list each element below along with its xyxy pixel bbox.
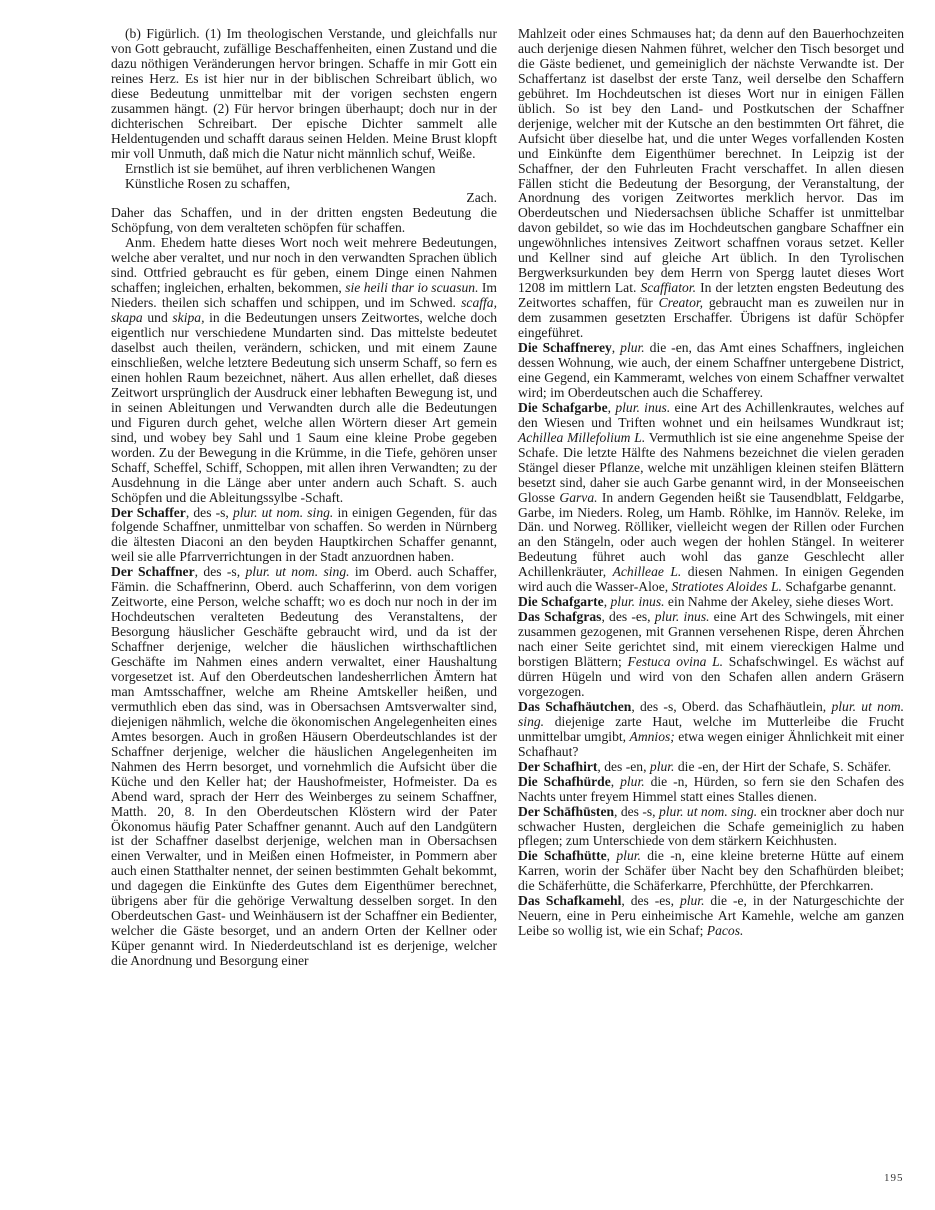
entry-die-schafgarbe: Die Schafgarbe, plur. inus. eine Art des… bbox=[518, 401, 904, 595]
italic-quote: sie heili thar io scuasun. bbox=[345, 280, 478, 295]
entry-der-schafhirt: Der Schafhirt, des -en, plur. die -en, d… bbox=[518, 760, 904, 775]
headword: Das Schafhäutchen bbox=[518, 699, 631, 714]
headword: Das Schafgras bbox=[518, 609, 601, 624]
grammar-note: plur. inus. bbox=[611, 594, 665, 609]
italic-swedish-form: skipa, bbox=[172, 310, 204, 325]
entry-der-schaffner: Der Schaffner, des -s, plur. ut nom. sin… bbox=[111, 565, 497, 969]
grammar-note: plur. bbox=[650, 759, 675, 774]
right-column: Mahlzeit oder eines Schmauses hat; da de… bbox=[518, 27, 904, 939]
left-column: (b) Figürlich. (1) Im theologischen Vers… bbox=[111, 27, 497, 969]
grammar-note: plur. inus. bbox=[615, 400, 670, 415]
grammar-note: plur. bbox=[620, 774, 645, 789]
entry-die-schafhuerde: Die Schafhürde, plur. die -n, Hürden, so… bbox=[518, 775, 904, 805]
grammar-note: plur. bbox=[680, 893, 705, 908]
grammar-note: plur. ut nom. sing. bbox=[659, 804, 757, 819]
entry-die-schafgarte: Die Schafgarte, plur. inus. ein Nahme de… bbox=[518, 595, 904, 610]
headword: Der Schafhirt bbox=[518, 759, 597, 774]
grammar-note: plur. bbox=[620, 340, 645, 355]
entry-der-schaffer: Der Schaffer, des -s, plur. ut nom. sing… bbox=[111, 506, 497, 566]
verse-line-1: Ernstlich ist sie bemühet, auf ihren ver… bbox=[111, 162, 497, 177]
headword: Die Schafhütte bbox=[518, 848, 607, 863]
headword: Der Schaffner bbox=[111, 564, 195, 579]
paragraph-derived-meaning: Daher das Schaffen, und in der dritten e… bbox=[111, 206, 497, 236]
headword: Das Schafkamehl bbox=[518, 893, 621, 908]
paragraph-figurative-sense: (b) Figürlich. (1) Im theologischen Vers… bbox=[111, 27, 497, 162]
entry-das-schafkamehl: Das Schafkamehl, des -es, plur. die -e, … bbox=[518, 894, 904, 939]
verse-line-2: Künstliche Rosen zu schaffen, bbox=[111, 177, 497, 192]
entry-die-schafhuette: Die Schafhütte, plur. die -n, eine klein… bbox=[518, 849, 904, 894]
grammar-note: plur. ut nom. sing. bbox=[245, 564, 349, 579]
verse-attribution: Zach. bbox=[111, 191, 497, 206]
grammar-note: plur. inus. bbox=[655, 609, 710, 624]
headword: Die Schafhürde bbox=[518, 774, 611, 789]
entry-das-schafgras: Das Schafgras, des -es, plur. inus. eine… bbox=[518, 610, 904, 700]
entry-die-schaffnerey: Die Schaffnerey, plur. die -en, das Amt … bbox=[518, 341, 904, 401]
page-number: 195 bbox=[884, 1172, 904, 1184]
headword: Die Schafgarbe bbox=[518, 400, 608, 415]
paragraph-annotation: Anm. Ehedem hatte dieses Wort noch weit … bbox=[111, 236, 497, 505]
grammar-note: plur. ut nom. sing. bbox=[233, 505, 333, 520]
headword: Der Schāfhūsten bbox=[518, 804, 614, 819]
headword: Der Schaffer bbox=[111, 505, 186, 520]
grammar-note: plur. bbox=[616, 848, 641, 863]
headword: Die Schafgarte bbox=[518, 594, 604, 609]
entry-das-schafhaeutchen: Das Schafhäutchen, des -s, Oberd. das Sc… bbox=[518, 700, 904, 760]
entry-der-schafhusten: Der Schāfhūsten, des -s, plur. ut nom. s… bbox=[518, 805, 904, 850]
headword: Die Schaffnerey bbox=[518, 340, 612, 355]
entry-der-schaffner-continued: Mahlzeit oder eines Schmauses hat; da de… bbox=[518, 27, 904, 341]
